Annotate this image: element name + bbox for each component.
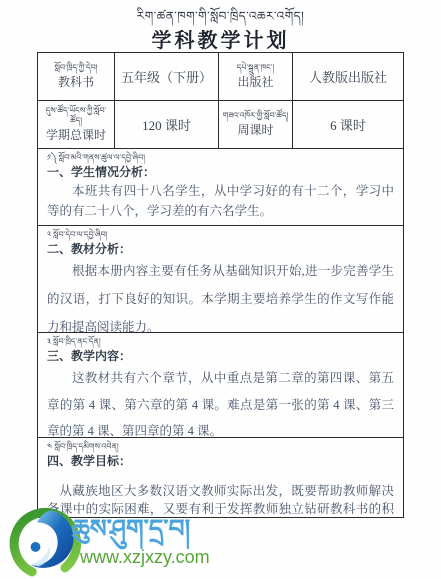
section-4-tibetan: ༤ སློབ་ཁྲིད་དམིགས་འབེན། [47, 441, 394, 452]
section-4-heading: 四、教学目标： [47, 452, 394, 470]
section-1-heading: 一、学生情况分析： [47, 163, 394, 181]
section-3-body: 这教材共有六个章节，从中重点是第二章的第四课、第五章的第 4 课、第六章的第 4… [47, 365, 394, 438]
watermark-tibetan: ཆུས་ཤུག་དྲ་བ། [72, 517, 257, 542]
textbook-label-cell: སློབ་ཁྲིད་ཀྱི་དེབ། 教科书 [38, 53, 115, 101]
weekly-hours-label-tibetan: གཟའ་འཁོར་གྱི་སློབ་ཚོད། [223, 111, 289, 121]
section-1-body: 本班共有四十八名学生，从中学习好的有十二个，学习中等的有二十八个，学习差的有六名… [47, 181, 394, 222]
section-2-body: 根据本册内容主要有任务从基础知识开始,进一步完善学生的汉语，打下良好的知识。本学… [47, 258, 394, 333]
table-row: དུས་ཚོད་ཡོངས་ཀྱི་སློབ་ཚོད། 学期总课时 120 课时 … [38, 101, 404, 149]
section-2-tibetan: ༢ སློབ་དེབ་ལ་དབྱེ་ཞིབ། [47, 229, 394, 240]
publisher-label: 出版社 [237, 74, 273, 90]
section-3-heading: 三、教学内容： [47, 347, 394, 365]
document-page: རིག་ཚན་ཁག་གི་སློབ་ཁྲིད་འཆར་འགོད། 学科教学计划 … [0, 0, 441, 579]
section-2-heading: 二、教材分析： [47, 240, 394, 258]
semester-hours-label: 学期总课时 [46, 127, 106, 143]
site-watermark: ཆུས་ཤུག་དྲ་བ། www.xzjxzy.com [0, 505, 260, 579]
semester-hours-label-cell: དུས་ཚོད་ཡོངས་ཀྱི་སློབ་ཚོད། 学期总课时 [38, 101, 115, 149]
publisher-label-tibetan: དཔེ་སྐྲུན་ཁང་། [237, 63, 275, 73]
section-material-analysis: ༢ སློབ་དེབ་ལ་དབྱེ་ཞིབ། 二、教材分析： 根据本册内容主要有… [38, 226, 404, 333]
weekly-hours-value: 6 课时 [330, 115, 366, 134]
publisher-label-cell: དཔེ་སྐྲུན་ཁང་། 出版社 [219, 53, 293, 101]
weekly-hours-value-cell: 6 课时 [293, 101, 404, 149]
semester-hours-value-cell: 120 课时 [115, 101, 219, 149]
table-row: སློབ་ཁྲིད་ཀྱི་དེབ། 教科书 五年级（下册） དཔེ་སྐྲུན… [38, 53, 404, 101]
teaching-plan-table: སློབ་ཁྲིད་ཀྱི་དེབ། 教科书 五年级（下册） དཔེ་སྐྲུན… [37, 52, 404, 518]
textbook-value: 五年级（下册） [121, 67, 212, 86]
semester-hours-value: 120 课时 [142, 115, 191, 134]
publisher-value: 人教版出版社 [309, 67, 387, 86]
weekly-hours-label-cell: གཟའ་འཁོར་གྱི་སློབ་ཚོད། 周课时 [219, 101, 293, 149]
watermark-url[interactable]: www.xzjxzy.com [80, 547, 210, 568]
textbook-value-cell: 五年级（下册） [115, 53, 219, 101]
section-student-analysis: ༡༽ སློབ་མའི་གནས་ཚུལ་ལ་དབྱེ་ཞིབ། 一、学生情况分析… [38, 149, 404, 226]
publisher-value-cell: 人教版出版社 [293, 53, 404, 101]
page-title: 学科教学计划 [0, 24, 441, 53]
section-1-tibetan: ༡༽ སློབ་མའི་གནས་ཚུལ་ལ་དབྱེ་ཞིབ། [47, 152, 394, 163]
section-teaching-content: ༣ སློབ་ཁྲིད་ནང་དོན། 三、教学内容： 这教材共有六个章节，从中… [38, 333, 404, 438]
semester-hours-label-tibetan: དུས་ཚོད་ཡོངས་ཀྱི་སློབ་ཚོད། [40, 106, 112, 127]
textbook-label: 教科书 [58, 74, 94, 90]
weekly-hours-label: 周课时 [237, 122, 273, 138]
section-3-tibetan: ༣ སློབ་ཁྲིད་ནང་དོན། [47, 336, 394, 347]
textbook-label-tibetan: སློབ་ཁྲིད་ཀྱི་དེབ། [55, 63, 98, 73]
